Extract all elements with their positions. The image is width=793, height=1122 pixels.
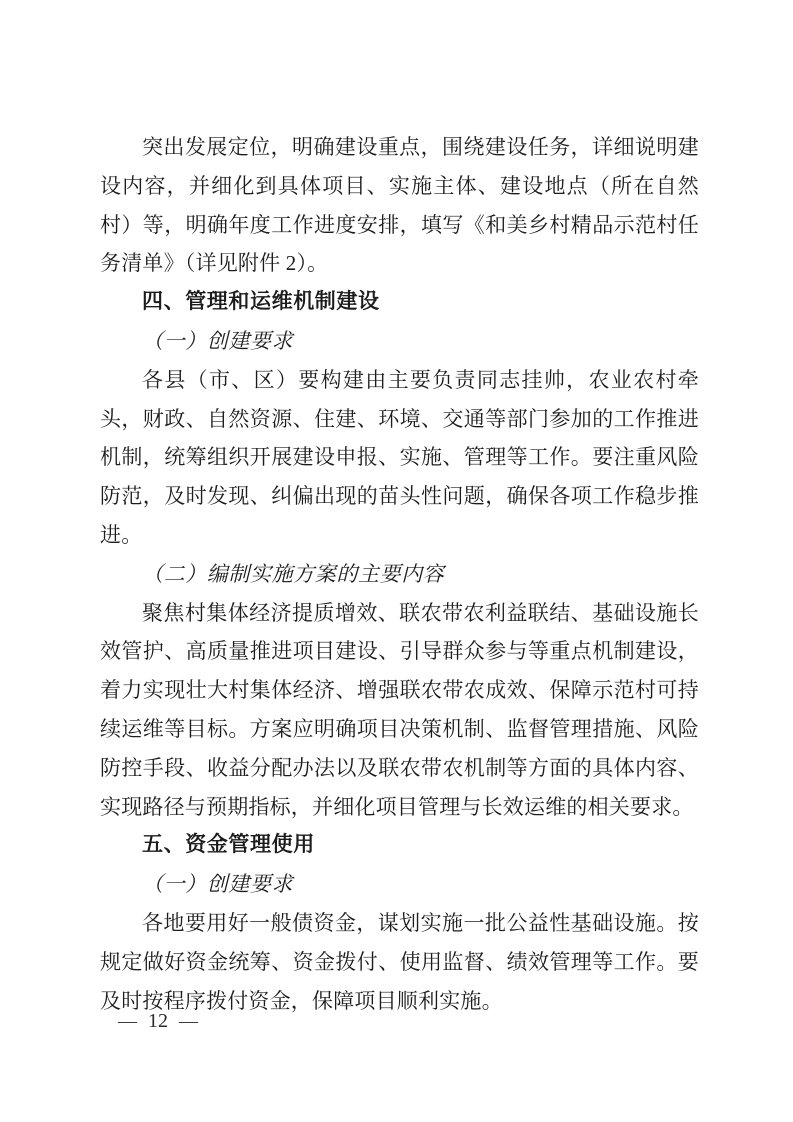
document-body: 突出发展定位，明确建设重点，围绕建设任务，详细说明建设内容，并细化到具体项目、实… <box>100 128 699 1020</box>
paragraph-plan-details: 突出发展定位，明确建设重点，围绕建设任务，详细说明建设内容，并细化到具体项目、实… <box>100 128 699 283</box>
paragraph-funds-management: 各地要用好一般债资金，谋划实施一批公益性基础设施。按规定做好资金统筹、资金拨付、… <box>100 904 699 1020</box>
document-page: 突出发展定位，明确建设重点，围绕建设任务，详细说明建设内容，并细化到具体项目、实… <box>0 0 793 1122</box>
subheading-4-2: （二）编制实施方案的主要内容 <box>100 555 699 594</box>
page-number: 12 <box>148 1010 168 1033</box>
footer-dash-right: — <box>179 1011 198 1033</box>
subheading-4-1: （一）创建要求 <box>100 322 699 361</box>
paragraph-work-mechanism: 各县（市、区）要构建由主要负责同志挂帅，农业农村牵头，财政、自然资源、住建、环境… <box>100 361 699 555</box>
paragraph-implementation-plan: 聚焦村集体经济提质增效、联农带农利益联结、基础设施长效管护、高质量推进项目建设、… <box>100 594 699 827</box>
page-footer: — 12 — <box>118 1010 198 1033</box>
section-heading-4: 四、管理和运维机制建设 <box>100 283 699 322</box>
section-heading-5: 五、资金管理使用 <box>100 826 699 865</box>
subheading-5-1: （一）创建要求 <box>100 865 699 904</box>
footer-dash-left: — <box>118 1011 137 1033</box>
